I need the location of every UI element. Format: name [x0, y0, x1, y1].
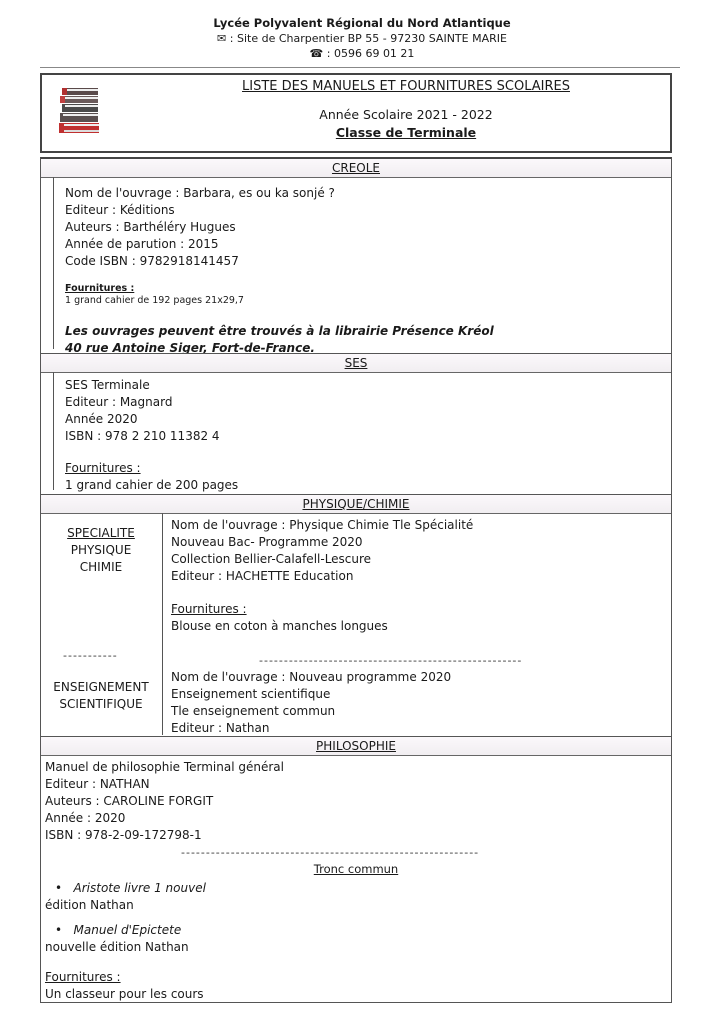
bullet-item-continued: édition Nathan	[45, 897, 134, 914]
physique-program: Nouveau Bac- Programme 2020	[171, 534, 363, 551]
physique-supplies: Blouse en coton à manches longues	[171, 618, 388, 635]
school-phone: ☎ : 0596 69 01 21	[0, 47, 724, 60]
physique-collection: Collection Bellier-Calafell-Lescure	[171, 551, 371, 568]
ens-subject: Enseignement scientifique	[171, 686, 330, 703]
ses-left-rule	[53, 372, 54, 490]
philo-title: Manuel de philosophie Terminal général	[45, 759, 284, 776]
school-name: Lycée Polyvalent Régional du Nord Atlant…	[0, 16, 724, 30]
philo-separator-dashes: ----------------------------------------…	[181, 844, 479, 861]
bullet-icon: •	[55, 881, 62, 895]
document-title: LISTE DES MANUELS ET FOURNITURES SCOLAIR…	[142, 79, 670, 94]
specialite-label: SPECIALITE PHYSIQUE CHIMIE	[41, 525, 161, 576]
ens-title: Nom de l'ouvrage : Nouveau programme 202…	[171, 669, 451, 686]
bullet-item: • Manuel d'Epictete	[55, 922, 181, 939]
philo-supplies: Un classeur pour les cours	[45, 986, 204, 1003]
bullet-item: • Aristote livre 1 nouvel	[55, 880, 206, 897]
creole-publisher: Editeur : Kéditions	[65, 202, 175, 219]
section-heading-physique-chimie: PHYSIQUE/CHIMIE	[41, 495, 671, 514]
school-year: Année Scolaire 2021 - 2022	[142, 107, 670, 122]
creole-supplies-label: Fournitures :	[65, 283, 134, 294]
ses-title: SES Terminale	[65, 377, 150, 394]
physique-publisher: Editeur : HACHETTE Education	[171, 568, 353, 585]
creole-year: Année de parution : 2015	[65, 236, 219, 253]
tronc-commun-heading: Tronc commun	[41, 861, 671, 878]
creole-title: Nom de l'ouvrage : Barbara, es ou ka son…	[65, 185, 335, 202]
creole-isbn: Code ISBN : 9782918141457	[65, 253, 239, 270]
bullet-item-continued: nouvelle édition Nathan	[45, 939, 189, 956]
stack-of-books-icon	[56, 86, 104, 136]
philo-year: Année : 2020	[45, 810, 125, 827]
class-name: Classe de Terminale	[142, 125, 670, 140]
creole-left-rule	[53, 177, 54, 349]
supplies-table: CREOLE Nom de l'ouvrage : Barbara, es ou…	[40, 157, 672, 1003]
bullet-icon: •	[55, 923, 62, 937]
section-heading-creole: CREOLE	[41, 159, 671, 178]
philo-authors: Auteurs : CAROLINE FORGIT	[45, 793, 213, 810]
section-heading-philosophie: PHILOSOPHIE	[41, 737, 671, 756]
section-heading-ses: SES	[41, 354, 671, 373]
enseignement-scientifique-label: ENSEIGNEMENT SCIENTIFIQUE	[41, 679, 161, 713]
philo-publisher: Editeur : NATHAN	[45, 776, 150, 793]
school-address: ✉ : Site de Charpentier BP 55 - 97230 SA…	[0, 32, 724, 45]
ses-year: Année 2020	[65, 411, 138, 428]
physique-supplies-label: Fournitures :	[171, 601, 247, 618]
physique-column-rule	[162, 513, 163, 735]
ses-supplies-label: Fournitures :	[65, 460, 141, 477]
header-divider	[40, 67, 680, 68]
ses-supplies: 1 grand cahier de 200 pages	[65, 477, 238, 494]
left-separator-dashes: -----------	[63, 647, 118, 664]
ens-publisher: Editeur : Nathan	[171, 720, 269, 737]
physique-title: Nom de l'ouvrage : Physique Chimie Tle S…	[171, 517, 473, 534]
title-box: LISTE DES MANUELS ET FOURNITURES SCOLAIR…	[40, 73, 672, 153]
envelope-icon: ✉	[217, 32, 226, 45]
ses-isbn: ISBN : 978 2 210 11382 4	[65, 428, 220, 445]
creole-authors: Auteurs : Barthéléry Hugues	[65, 219, 236, 236]
ens-level: Tle enseignement commun	[171, 703, 335, 720]
ses-publisher: Editeur : Magnard	[65, 394, 172, 411]
creole-bookstore-note: Les ouvrages peuvent être trouvés à la l…	[65, 323, 494, 340]
creole-supplies: 1 grand cahier de 192 pages 21x29,7	[65, 295, 244, 306]
philo-isbn: ISBN : 978-2-09-172798-1	[45, 827, 202, 844]
philo-supplies-label: Fournitures :	[45, 969, 121, 986]
phone-icon: ☎	[310, 47, 324, 60]
right-separator-dashes: ----------------------------------------…	[259, 652, 522, 669]
